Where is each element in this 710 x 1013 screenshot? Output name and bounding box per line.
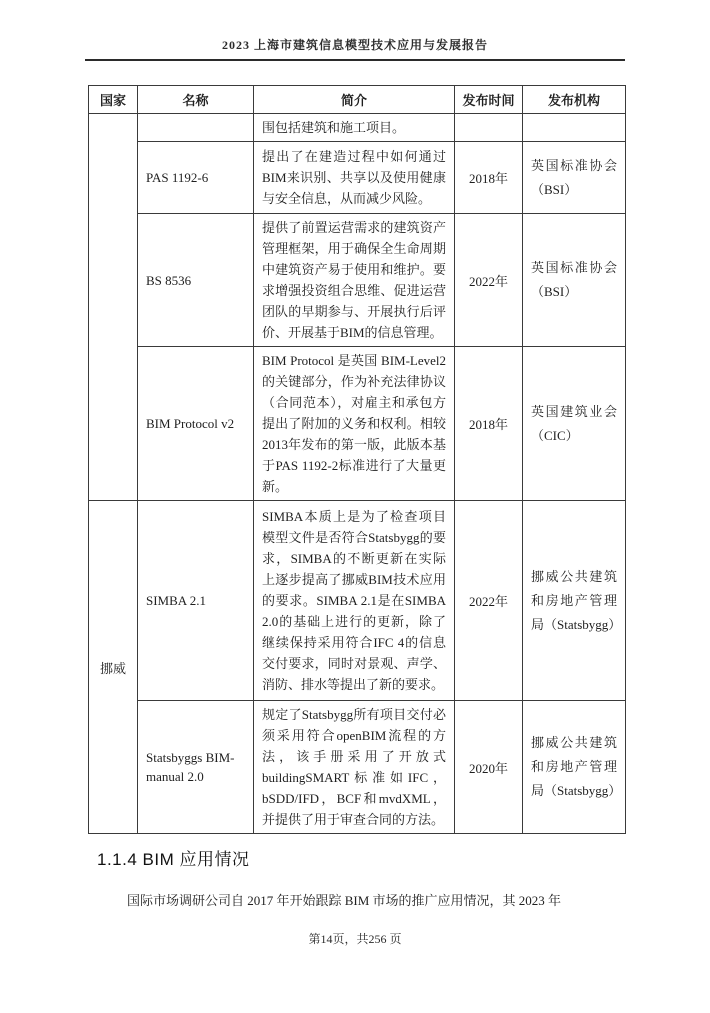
intro-cell: 围包括建筑和施工项目。 xyxy=(254,114,455,142)
org-cell xyxy=(523,114,626,142)
table-row: 围包括建筑和施工项目。 xyxy=(89,114,626,142)
org-cell: 挪威公共建筑和房地产管理局（Statsbygg） xyxy=(523,701,626,834)
table-row: BIM Protocol v2 BIM Protocol 是英国 BIM-Lev… xyxy=(89,347,626,501)
document-page: 2023 上海市建筑信息模型技术应用与发展报告 国家 名称 简介 发布时间 发布… xyxy=(0,0,710,1013)
name-cell xyxy=(138,114,254,142)
table-row: BS 8536 提供了前置运营需求的建筑资产管理框架，用于确保全生命周期中建筑资… xyxy=(89,214,626,347)
date-cell: 2018年 xyxy=(455,142,523,214)
table-row: PAS 1192-6 提出了在建造过程中如何通过BIM来识别、共享以及使用健康与… xyxy=(89,142,626,214)
column-header-name: 名称 xyxy=(138,86,254,114)
name-cell: BS 8536 xyxy=(138,214,254,347)
intro-cell: BIM Protocol 是英国 BIM-Level2 的关键部分，作为补充法律… xyxy=(254,347,455,501)
org-cell: 英国标准协会（BSI） xyxy=(523,214,626,347)
section-heading: 1.1.4 BIM 应用情况 xyxy=(97,845,249,870)
table-header-row: 国家 名称 简介 发布时间 发布机构 xyxy=(89,86,626,114)
name-cell: Statsbyggs BIM-manual 2.0 xyxy=(138,701,254,834)
intro-cell: 规定了Statsbygg所有项目交付必须采用符合openBIM流程的方法，该手册… xyxy=(254,701,455,834)
table-row: 挪威 SIMBA 2.1 SIMBA本质上是为了检查项目模型文件是否符合Stat… xyxy=(89,501,626,701)
intro-cell: 提供了前置运营需求的建筑资产管理框架，用于确保全生命周期中建筑资产易于使用和维护… xyxy=(254,214,455,347)
date-cell: 2018年 xyxy=(455,347,523,501)
column-header-date: 发布时间 xyxy=(455,86,523,114)
header-divider xyxy=(85,59,625,61)
name-cell: BIM Protocol v2 xyxy=(138,347,254,501)
body-paragraph: 国际市场调研公司自 2017 年开始跟踪 BIM 市场的推广应用情况，其 202… xyxy=(85,890,625,912)
country-cell-norway: 挪威 xyxy=(89,501,138,834)
page-number-footer: 第14页，共256 页 xyxy=(85,930,625,947)
name-cell: PAS 1192-6 xyxy=(138,142,254,214)
name-cell: SIMBA 2.1 xyxy=(138,501,254,701)
column-header-country: 国家 xyxy=(89,86,138,114)
column-header-intro: 简介 xyxy=(254,86,455,114)
org-cell: 英国建筑业会（CIC） xyxy=(523,347,626,501)
table-row: Statsbyggs BIM-manual 2.0 规定了Statsbygg所有… xyxy=(89,701,626,834)
date-cell: 2022年 xyxy=(455,214,523,347)
column-header-org: 发布机构 xyxy=(523,86,626,114)
date-cell: 2022年 xyxy=(455,501,523,701)
document-header-title: 2023 上海市建筑信息模型技术应用与发展报告 xyxy=(85,36,625,53)
bim-standards-table: 国家 名称 简介 发布时间 发布机构 围包括建筑和施工项目。 PAS 1192-… xyxy=(88,85,626,834)
date-cell: 2020年 xyxy=(455,701,523,834)
country-cell-uk-continued xyxy=(89,114,138,501)
date-cell xyxy=(455,114,523,142)
org-cell: 挪威公共建筑和房地产管理局（Statsbygg） xyxy=(523,501,626,701)
intro-cell: 提出了在建造过程中如何通过BIM来识别、共享以及使用健康与安全信息，从而减少风险… xyxy=(254,142,455,214)
org-cell: 英国标准协会（BSI） xyxy=(523,142,626,214)
intro-cell: SIMBA本质上是为了检查项目模型文件是否符合Statsbygg的要求，SIMB… xyxy=(254,501,455,701)
